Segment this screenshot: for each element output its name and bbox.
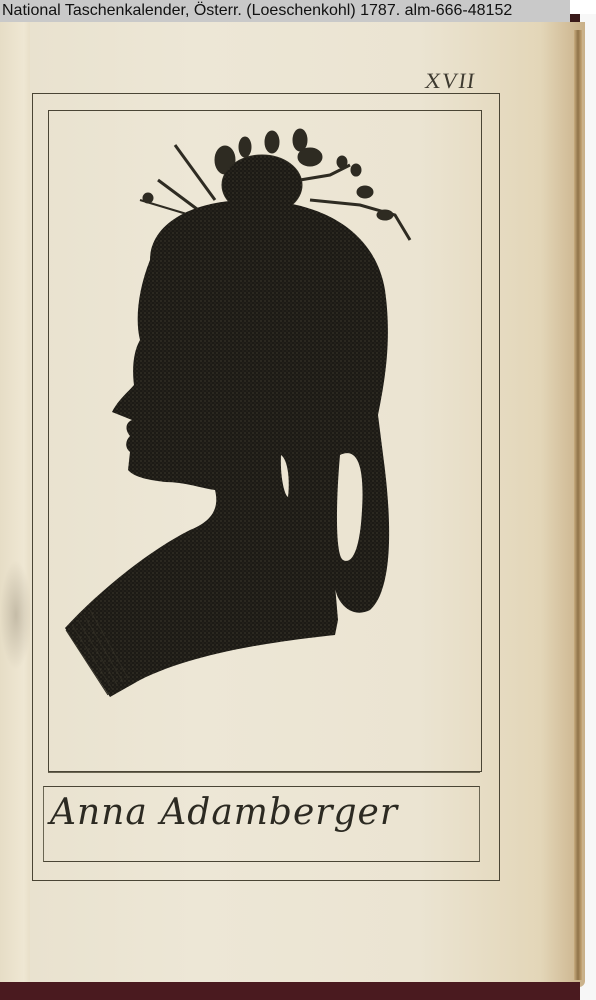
frame-divider	[48, 772, 480, 773]
book-cover-bottom	[0, 982, 580, 1000]
sitter-name: Anna Adamberger	[50, 792, 398, 833]
silhouette-portrait	[55, 120, 435, 720]
page-number: XVII	[423, 68, 477, 94]
image-caption: National Taschenkalender, Österr. (Loesc…	[0, 0, 570, 22]
page-fore-edge	[574, 30, 582, 980]
ink-bleed-stain	[0, 560, 32, 670]
